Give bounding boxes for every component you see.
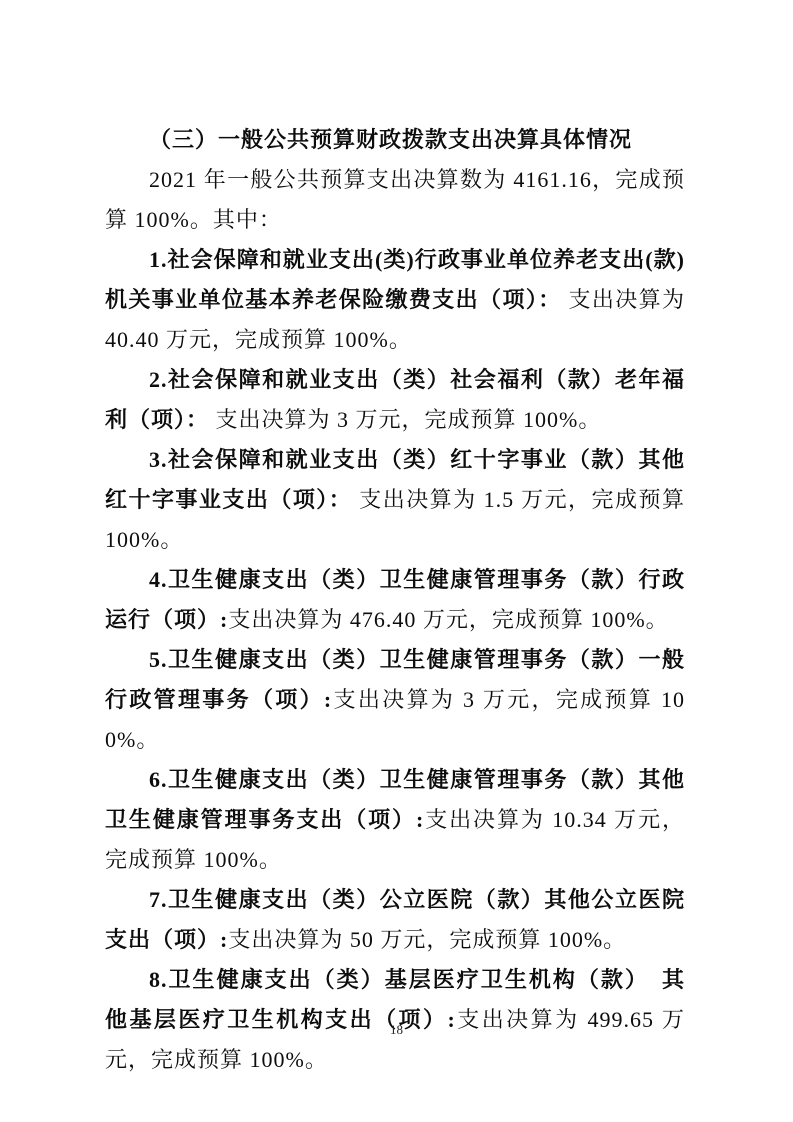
budget-item-5: 5.卫生健康支出（类）卫生健康管理事务（款）一般行政管理事务（项）:支出决算为 …	[105, 640, 685, 760]
intro-paragraph: 2021 年一般公共预算支出决算数为 4161.16，完成预算 100%。其中：	[105, 160, 685, 240]
document-page: （三）一般公共预算财政拨款支出决算具体情况 2021 年一般公共预算支出决算数为…	[0, 0, 793, 1122]
budget-item-4: 4.卫生健康支出（类）卫生健康管理事务（款）行政运行（项）:支出决算为 476.…	[105, 560, 685, 640]
budget-item-7-detail: 支出决算为 50 万元，完成预算 100%。	[228, 927, 626, 952]
document-body: （三）一般公共预算财政拨款支出决算具体情况 2021 年一般公共预算支出决算数为…	[105, 120, 685, 1080]
budget-item-2-detail: 支出决算为 3 万元，完成预算 100%。	[216, 407, 602, 432]
budget-item-2: 2.社会保障和就业支出（类）社会福利（款）老年福利（项）： 支出决算为 3 万元…	[105, 360, 685, 440]
budget-item-7: 7.卫生健康支出（类）公立医院（款）其他公立医院支出（项）:支出决算为 50 万…	[105, 880, 685, 960]
page-number: 18	[0, 1020, 793, 1040]
section-heading: （三）一般公共预算财政拨款支出决算具体情况	[105, 120, 685, 160]
budget-item-4-detail: 支出决算为 476.40 万元，完成预算 100%。	[228, 607, 668, 632]
budget-item-1: 1.社会保障和就业支出(类)行政事业单位养老支出(款)机关事业单位基本养老保险缴…	[105, 240, 685, 360]
budget-item-3: 3.社会保障和就业支出（类）红十字事业（款）其他红十字事业支出（项）： 支出决算…	[105, 440, 685, 560]
budget-item-6: 6.卫生健康支出（类）卫生健康管理事务（款）其他卫生健康管理事务支出（项）:支出…	[105, 760, 685, 880]
